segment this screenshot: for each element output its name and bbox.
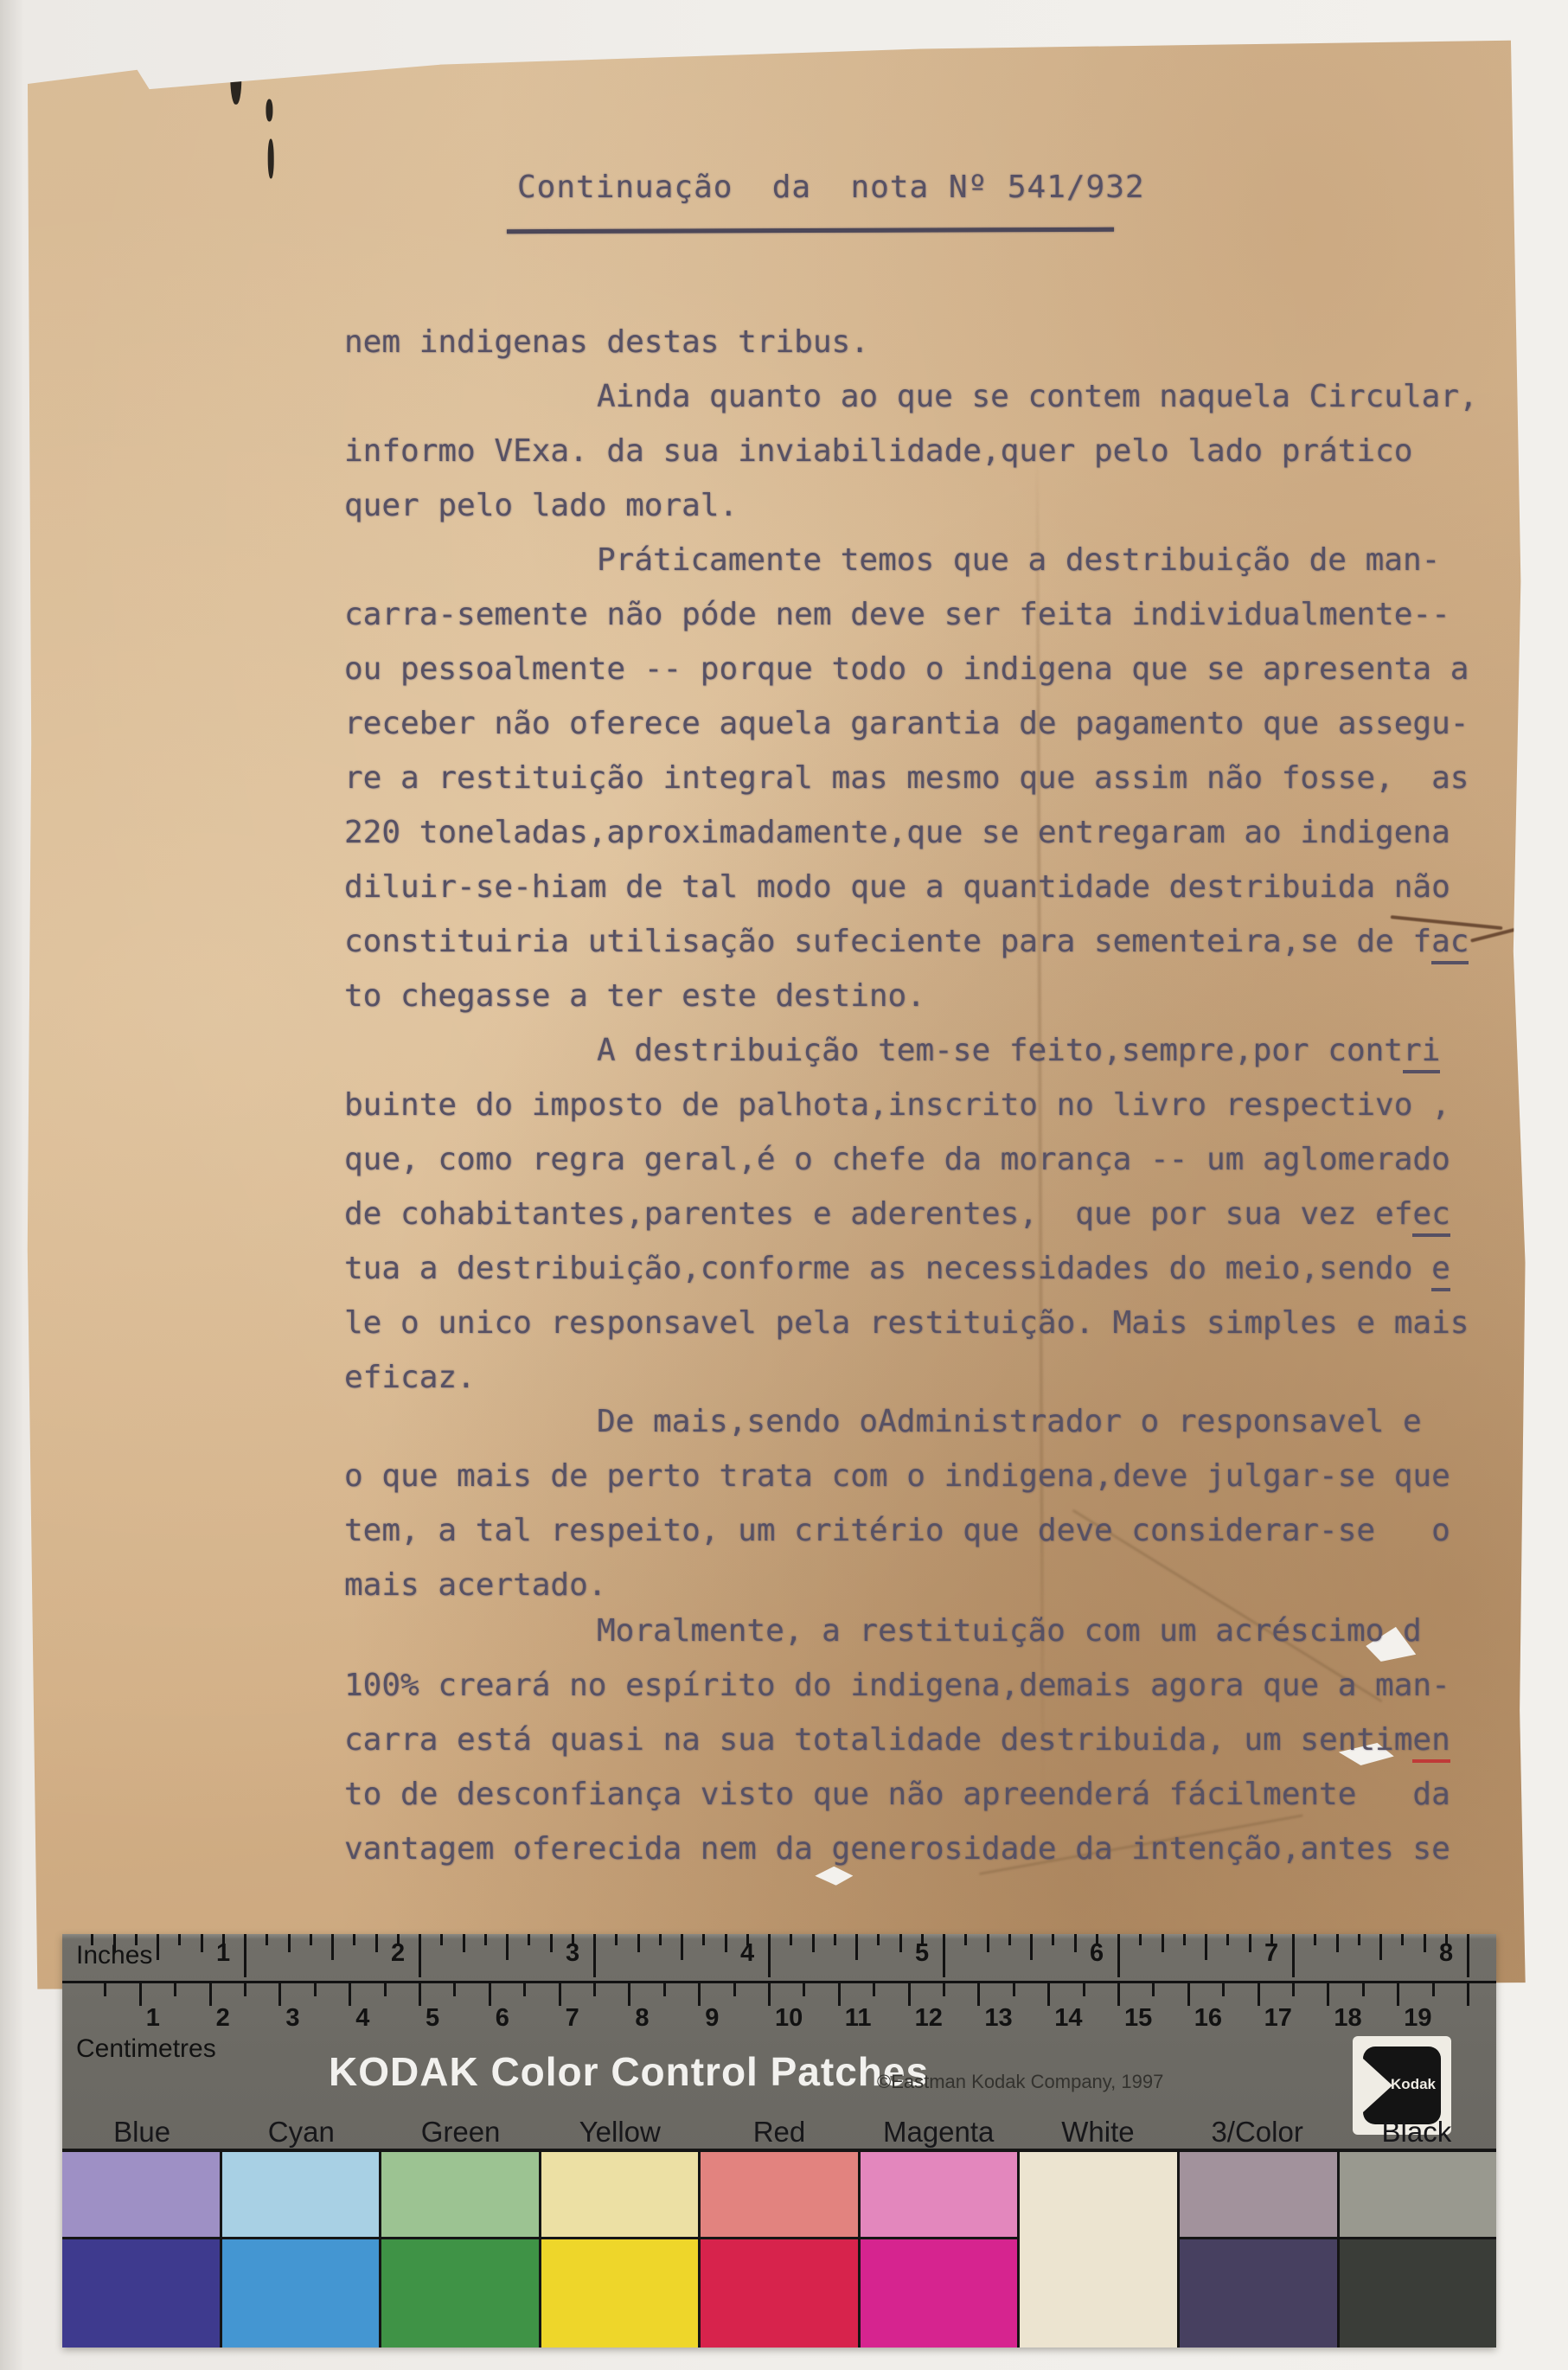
inch-tick bbox=[353, 1934, 355, 1945]
inch-tick bbox=[1424, 1934, 1426, 1952]
inch-tick bbox=[440, 1934, 443, 1945]
cm-tick bbox=[908, 1983, 911, 2006]
inch-tick bbox=[288, 1934, 291, 1952]
kodak-color-control-strip: Inches 12345678 123456789101112131415161… bbox=[62, 1934, 1496, 2348]
text-segment: constituiria utilisação sufeciente para … bbox=[344, 924, 1431, 959]
cm-tick bbox=[663, 1983, 666, 1996]
patch-label: Cyan bbox=[221, 2116, 381, 2149]
text-segment: tua a destribuição,conforme as necessida… bbox=[344, 1251, 1431, 1286]
cm-tick bbox=[1083, 1983, 1085, 1996]
inch-tick bbox=[855, 1934, 858, 1960]
inch-tick bbox=[1205, 1934, 1207, 1960]
cm-number: 2 bbox=[216, 2004, 230, 2033]
document-line: o que mais de perto trata com o indigena… bbox=[344, 1449, 1478, 1503]
patch-column-green bbox=[379, 2152, 539, 2348]
inch-tick bbox=[201, 1934, 203, 1952]
patch-full bbox=[62, 2239, 220, 2348]
inch-tick bbox=[331, 1934, 334, 1960]
text-segment: Práticamente temos que a destribuição de… bbox=[597, 542, 1440, 578]
inch-tick bbox=[1467, 1934, 1469, 1977]
inch-tick bbox=[1249, 1934, 1251, 1952]
cm-tick bbox=[593, 1983, 596, 1996]
kodak-logo-arrow-icon bbox=[1363, 2059, 1392, 2112]
ruler-inches: Inches 12345678 bbox=[62, 1934, 1496, 1983]
cm-tick bbox=[733, 1983, 736, 1996]
inch-tick bbox=[178, 1934, 181, 1945]
inch-tick bbox=[899, 1934, 902, 1952]
patch-full bbox=[1340, 2239, 1497, 2348]
cm-tick bbox=[139, 1983, 142, 2006]
patch-label: Black bbox=[1337, 2116, 1496, 2149]
cm-number: 19 bbox=[1404, 2004, 1431, 2033]
patch-label: White bbox=[1018, 2116, 1177, 2149]
document-line: que, como regra geral,é o chefe da moran… bbox=[344, 1132, 1478, 1187]
text-segment: carra-semente não póde nem deve ser feit… bbox=[344, 597, 1450, 632]
patch-column-cyan bbox=[220, 2152, 380, 2348]
patch-tint bbox=[62, 2152, 220, 2239]
text-segment: tem, a tal respeito, um critério que dev… bbox=[344, 1513, 1450, 1548]
patch-full bbox=[861, 2239, 1018, 2348]
kodak-copyright: ©Eastman Kodak Company, 1997 bbox=[877, 2071, 1163, 2093]
inch-tick bbox=[1226, 1934, 1229, 1945]
cm-number: 17 bbox=[1264, 2004, 1292, 2033]
inch-tick bbox=[790, 1934, 792, 1945]
cm-number: 8 bbox=[635, 2004, 649, 2033]
inch-tick bbox=[1074, 1934, 1077, 1952]
inch-tick bbox=[244, 1934, 246, 1977]
cm-tick bbox=[1362, 1983, 1365, 1996]
text-segment: nem indigenas destas tribus. bbox=[344, 324, 869, 360]
kodak-logo-mark: Kodak bbox=[1363, 2047, 1441, 2124]
inch-number: 4 bbox=[740, 1939, 754, 1968]
document-line: tem, a tal respeito, um critério que dev… bbox=[344, 1503, 1478, 1558]
cm-number: 15 bbox=[1124, 2004, 1152, 2033]
inch-tick bbox=[1358, 1934, 1360, 1945]
text-segment: que, como regra geral,é o chefe da moran… bbox=[344, 1142, 1450, 1177]
inch-number: 6 bbox=[1090, 1939, 1104, 1968]
inch-number: 3 bbox=[566, 1939, 579, 1968]
document-line: De mais,sendo oAdministrador o responsav… bbox=[344, 1394, 1478, 1449]
kodak-logo-text: Kodak bbox=[1391, 2076, 1436, 2093]
text-segment: quer pelo lado moral. bbox=[344, 488, 738, 523]
document-line: buinte do imposto de palhota,inscrito no… bbox=[344, 1078, 1478, 1132]
cm-tick bbox=[1152, 1983, 1155, 1996]
inch-tick bbox=[1052, 1934, 1054, 1945]
cm-number: 16 bbox=[1194, 2004, 1222, 2033]
inch-number: 2 bbox=[391, 1939, 405, 1968]
document-line: re a restituição integral mas mesmo que … bbox=[344, 751, 1478, 805]
document-line: to de desconfiança visto que não apreend… bbox=[344, 1767, 1478, 1822]
document-line: A destribuição tem-se feito,sempre,por c… bbox=[344, 1023, 1478, 1078]
patch-tint bbox=[701, 2152, 858, 2239]
patch-tint bbox=[222, 2152, 380, 2239]
document-line: quer pelo lado moral. bbox=[344, 478, 1478, 533]
patch-label: Magenta bbox=[859, 2116, 1018, 2149]
inch-tick bbox=[877, 1934, 880, 1945]
patch-label: Green bbox=[381, 2116, 540, 2149]
text-segment: eficaz. bbox=[344, 1360, 476, 1395]
document-line: 100% creará no espírito do indigena,dema… bbox=[344, 1658, 1478, 1713]
cm-tick bbox=[174, 1983, 176, 1996]
inch-tick bbox=[1336, 1934, 1339, 1952]
patch-column-white bbox=[1017, 2152, 1177, 2348]
cm-tick bbox=[1222, 1983, 1225, 1996]
inch-tick bbox=[1030, 1934, 1033, 1960]
inch-tick bbox=[943, 1934, 945, 1977]
inch-tick bbox=[528, 1934, 530, 1945]
cm-tick bbox=[1013, 1983, 1015, 1996]
text-segment: to chegasse a ter este destino. bbox=[344, 978, 925, 1014]
inch-tick bbox=[1117, 1934, 1120, 1977]
patch-full bbox=[541, 2239, 699, 2348]
cm-tick bbox=[1117, 1983, 1120, 2006]
patch-labels-row: BlueCyanGreenYellowRedMagentaWhite3/Colo… bbox=[62, 2116, 1496, 2149]
cm-tick bbox=[803, 1983, 805, 1996]
cm-tick bbox=[314, 1983, 317, 1996]
cm-number: 11 bbox=[845, 2004, 872, 2033]
document-line: vantagem oferecida nem da generosidade d… bbox=[344, 1822, 1478, 1876]
text-segment: to de desconfiança visto que não apreend… bbox=[344, 1777, 1450, 1812]
patch-tint bbox=[861, 2152, 1018, 2239]
cm-number: 12 bbox=[915, 2004, 943, 2033]
cm-number: 9 bbox=[705, 2004, 719, 2033]
scanned-page: Continuação da nota Nº 541/932 nem indig… bbox=[0, 0, 1568, 2370]
cm-tick bbox=[278, 1983, 281, 2006]
cm-number: 6 bbox=[496, 2004, 509, 2033]
inch-tick bbox=[113, 1934, 116, 1952]
document-line: tua a destribuição,conforme as necessida… bbox=[344, 1241, 1478, 1296]
document-line: carra-semente não póde nem deve ser feit… bbox=[344, 587, 1478, 642]
underlined-text: ec bbox=[1412, 1196, 1450, 1237]
document-line: carra está quasi na sua totalidade destr… bbox=[344, 1713, 1478, 1767]
inch-tick bbox=[463, 1934, 465, 1952]
text-segment: re a restituição integral mas mesmo que … bbox=[344, 760, 1469, 796]
underlined-text: ri bbox=[1403, 1033, 1440, 1073]
text-segment: De mais,sendo oAdministrador o responsav… bbox=[597, 1404, 1422, 1439]
inch-tick bbox=[1183, 1934, 1186, 1945]
inch-tick bbox=[659, 1934, 662, 1945]
text-segment: de cohabitantes,parentes e aderentes, qu… bbox=[344, 1196, 1412, 1232]
cm-tick bbox=[489, 1983, 491, 2006]
ink-blot bbox=[230, 48, 241, 105]
cm-tick bbox=[384, 1983, 387, 1996]
text-segment: mais acertado. bbox=[344, 1567, 606, 1603]
text-segment: carra está quasi na sua totalidade destr… bbox=[344, 1722, 1412, 1758]
inch-tick bbox=[702, 1934, 705, 1945]
inch-tick bbox=[964, 1934, 967, 1945]
inch-tick bbox=[1292, 1934, 1295, 1977]
text-segment: buinte do imposto de palhota,inscrito no… bbox=[344, 1087, 1450, 1123]
document-line: le o unico responsavel pela restituição.… bbox=[344, 1296, 1478, 1350]
inch-tick bbox=[768, 1934, 771, 1977]
patch-label: Blue bbox=[62, 2116, 221, 2149]
cm-number: 4 bbox=[355, 2004, 369, 2033]
text-segment: o que mais de perto trata com o indigena… bbox=[344, 1458, 1450, 1494]
inch-tick bbox=[266, 1934, 268, 1945]
ruler-centimetres: 12345678910111213141516171819 bbox=[62, 1983, 1496, 2030]
document-line: diluir-se-hiam de tal modo que a quantid… bbox=[344, 860, 1478, 914]
cm-tick bbox=[873, 1983, 875, 1996]
underlined-text: en bbox=[1412, 1722, 1450, 1763]
cm-tick bbox=[1047, 1983, 1050, 2006]
cm-number: 5 bbox=[426, 2004, 439, 2033]
cm-tick bbox=[628, 1983, 630, 2006]
underlined-text: e bbox=[1431, 1251, 1450, 1291]
inch-tick bbox=[1401, 1934, 1404, 1945]
inch-tick bbox=[375, 1934, 378, 1952]
cm-tick bbox=[104, 1983, 106, 1996]
patch-full bbox=[222, 2239, 380, 2348]
patch-full bbox=[701, 2239, 858, 2348]
inch-tick bbox=[987, 1934, 989, 1952]
patch-label: Yellow bbox=[541, 2116, 700, 2149]
patch-column-red bbox=[698, 2152, 858, 2348]
document-line: to chegasse a ter este destino. bbox=[344, 969, 1478, 1023]
cm-tick bbox=[1187, 1983, 1190, 2006]
inch-tick bbox=[310, 1934, 312, 1945]
inch-number: 1 bbox=[216, 1939, 230, 1968]
inch-tick bbox=[725, 1934, 727, 1952]
inch-tick bbox=[1139, 1934, 1142, 1945]
cm-tick bbox=[523, 1983, 526, 1996]
cm-tick bbox=[419, 1983, 421, 2006]
text-segment: vantagem oferecida nem da generosidade d… bbox=[344, 1831, 1450, 1867]
cm-number: 7 bbox=[566, 2004, 579, 2033]
inch-tick bbox=[812, 1934, 815, 1952]
kodak-strip-title: KODAK Color Control Patches bbox=[329, 2048, 929, 2095]
cm-tick bbox=[943, 1983, 945, 1996]
text-segment: receber não oferece aquela garantia de p… bbox=[344, 706, 1469, 741]
text-segment: Moralmente, a restituição com um acrésci… bbox=[597, 1613, 1422, 1649]
document-line: informo VExa. da sua inviabilidade,quer … bbox=[344, 424, 1478, 478]
inch-number: 5 bbox=[915, 1939, 929, 1968]
cm-tick bbox=[768, 1983, 771, 2006]
cm-tick bbox=[1432, 1983, 1435, 1996]
cm-tick bbox=[1292, 1983, 1295, 1996]
patch-full bbox=[381, 2239, 539, 2348]
text-segment: 220 toneladas,aproximadamente,que se ent… bbox=[344, 815, 1450, 850]
patch-column-black bbox=[1337, 2152, 1497, 2348]
ink-blot bbox=[266, 99, 272, 122]
document-line: constituiria utilisação sufeciente para … bbox=[344, 914, 1478, 969]
cm-tick bbox=[838, 1983, 841, 2006]
inch-tick bbox=[1162, 1934, 1164, 1952]
text-segment: le o unico responsavel pela restituição.… bbox=[344, 1305, 1469, 1341]
document-line: Ainda quanto ao que se contem naquela Ci… bbox=[344, 369, 1478, 424]
document-title: Continuação da nota Nº 541/932 bbox=[517, 170, 1145, 205]
patch-solid bbox=[1020, 2152, 1177, 2348]
inch-tick bbox=[681, 1934, 683, 1960]
cm-number: 14 bbox=[1054, 2004, 1082, 2033]
patch-column-yellow bbox=[539, 2152, 699, 2348]
text-segment: A destribuição tem-se feito,sempre,por c… bbox=[597, 1033, 1403, 1068]
patch-label: Red bbox=[700, 2116, 859, 2149]
cm-tick bbox=[1258, 1983, 1260, 2006]
inch-tick bbox=[91, 1934, 93, 1945]
patch-label: 3/Color bbox=[1178, 2116, 1337, 2149]
inch-tick bbox=[419, 1934, 421, 1977]
inch-tick bbox=[550, 1934, 553, 1952]
patch-column-blue bbox=[62, 2152, 220, 2348]
inch-tick bbox=[1379, 1934, 1382, 1960]
document-line: de cohabitantes,parentes e aderentes, qu… bbox=[344, 1187, 1478, 1241]
text-segment: 100% creará no espírito do indigena,dema… bbox=[344, 1668, 1450, 1703]
centimetres-label: Centimetres bbox=[76, 2034, 216, 2064]
cm-tick bbox=[1327, 1983, 1329, 2006]
cm-tick bbox=[209, 1983, 212, 2006]
inch-tick bbox=[506, 1934, 509, 1960]
inch-tick bbox=[484, 1934, 487, 1945]
inch-tick bbox=[834, 1934, 836, 1945]
document-line: Práticamente temos que a destribuição de… bbox=[344, 533, 1478, 587]
cm-number: 3 bbox=[285, 2004, 299, 2033]
text-segment: ou pessoalmente -- porque todo o indigen… bbox=[344, 651, 1469, 687]
inch-tick bbox=[637, 1934, 640, 1952]
inch-tick bbox=[157, 1934, 159, 1960]
cm-number: 10 bbox=[775, 2004, 803, 2033]
patch-tint bbox=[1340, 2152, 1497, 2239]
text-segment: Ainda quanto ao que se contem naquela Ci… bbox=[597, 379, 1478, 414]
underlined-text: ac bbox=[1431, 924, 1469, 964]
document-line: 220 toneladas,aproximadamente,que se ent… bbox=[344, 805, 1478, 860]
cm-tick bbox=[244, 1983, 246, 1996]
document-line: nem indigenas destas tribus. bbox=[344, 315, 1478, 369]
ink-blot bbox=[268, 139, 274, 179]
cm-tick bbox=[559, 1983, 561, 2006]
patch-column-magenta bbox=[858, 2152, 1018, 2348]
cm-tick bbox=[698, 1983, 701, 2006]
cm-tick bbox=[1397, 1983, 1399, 2006]
patch-full bbox=[1180, 2239, 1337, 2348]
inch-tick bbox=[593, 1934, 596, 1977]
patch-grid bbox=[62, 2149, 1496, 2348]
inch-tick bbox=[135, 1934, 138, 1945]
inch-tick bbox=[1314, 1934, 1316, 1945]
document-line: ou pessoalmente -- porque todo o indigen… bbox=[344, 642, 1478, 696]
cm-number: 18 bbox=[1334, 2004, 1361, 2033]
patch-column-3-color bbox=[1177, 2152, 1337, 2348]
cm-tick bbox=[349, 1983, 351, 2006]
cm-tick bbox=[977, 1983, 980, 2006]
patch-tint bbox=[541, 2152, 699, 2239]
inch-number: 8 bbox=[1439, 1939, 1453, 1968]
inch-tick bbox=[615, 1934, 618, 1945]
cm-number: 1 bbox=[146, 2004, 160, 2033]
inch-number: 7 bbox=[1264, 1939, 1278, 1968]
text-segment: informo VExa. da sua inviabilidade,quer … bbox=[344, 433, 1412, 469]
patch-tint bbox=[381, 2152, 539, 2239]
text-segment: diluir-se-hiam de tal modo que a quantid… bbox=[344, 869, 1450, 905]
cm-number: 13 bbox=[984, 2004, 1012, 2033]
document-line: receber não oferece aquela garantia de p… bbox=[344, 696, 1478, 751]
cm-tick bbox=[453, 1983, 456, 1996]
document-lines: nem indigenas destas tribus.Ainda quanto… bbox=[344, 315, 1478, 1876]
inch-tick bbox=[1008, 1934, 1011, 1945]
cm-tick bbox=[1467, 1983, 1469, 2006]
patch-tint bbox=[1180, 2152, 1337, 2239]
